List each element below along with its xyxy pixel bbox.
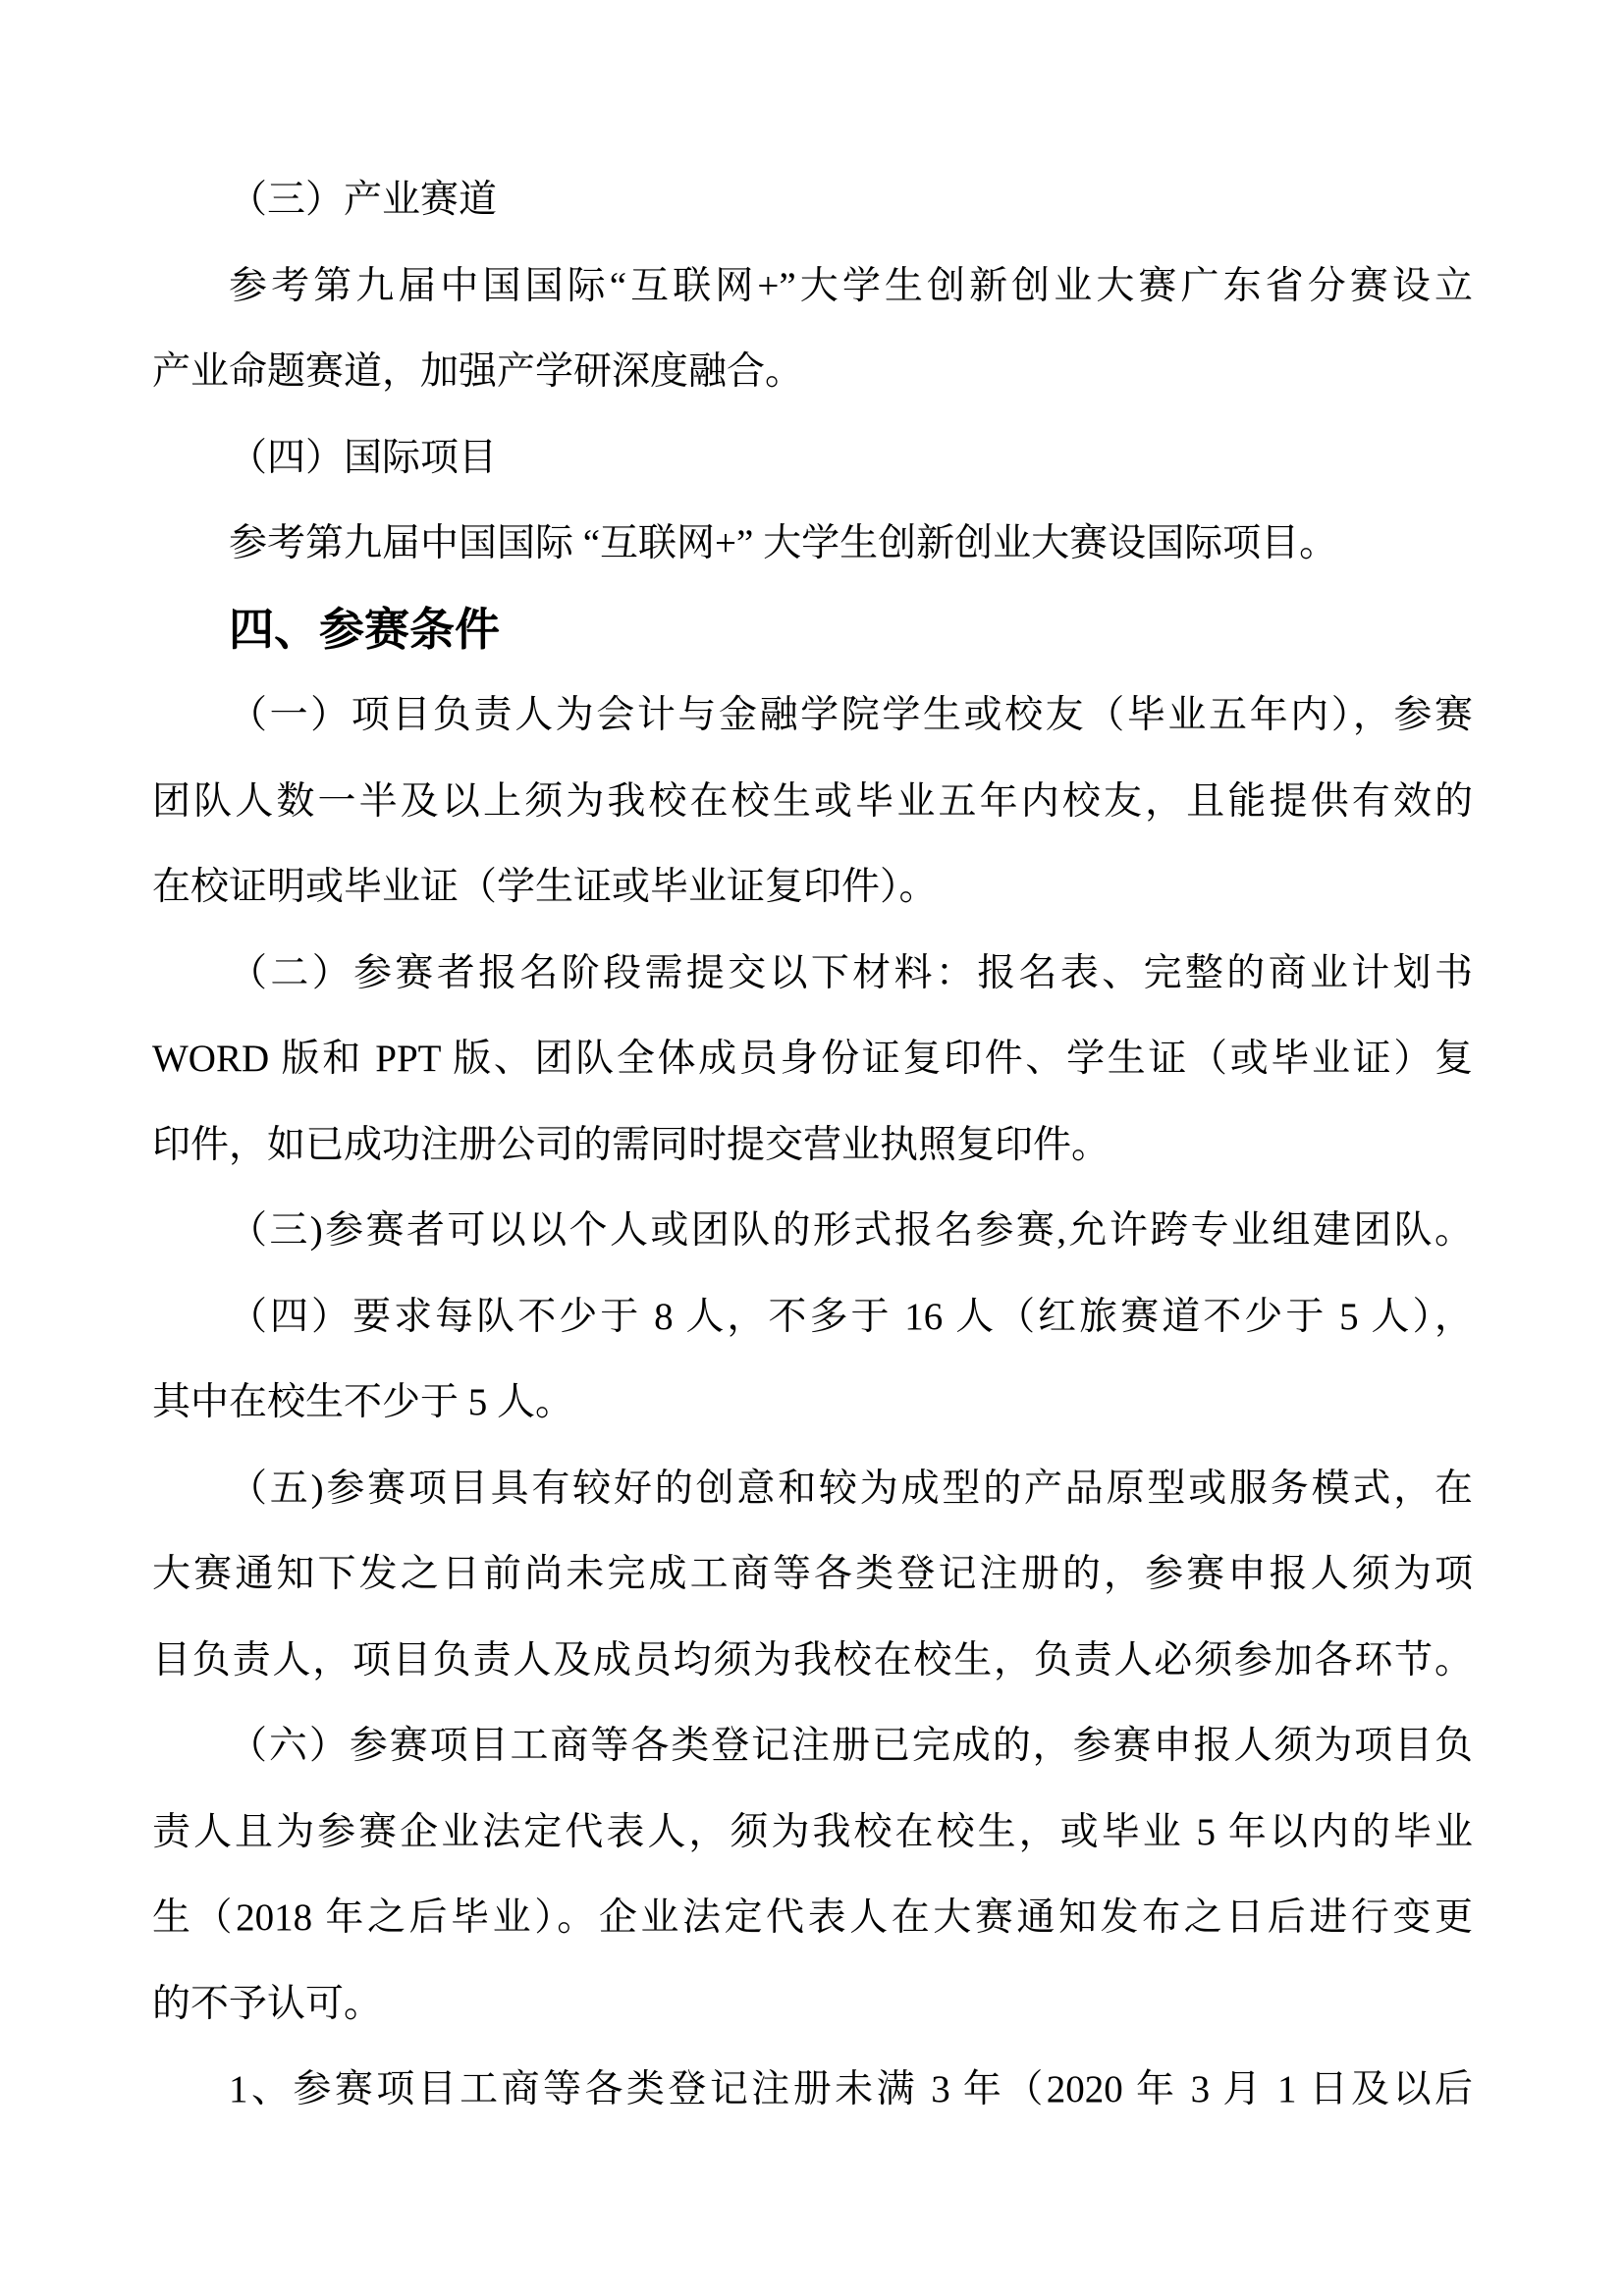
line-cond6-c: 生（2018 年之后毕业）。企业法定代表人在大赛通知发布之日后进行变更: [152, 1875, 1473, 1961]
line-cond2-b: WORD 版和 PPT 版、团队全体成员身份证复印件、学生证（或毕业证）复: [152, 1016, 1473, 1102]
line-cond2-c: 印件，如已成功注册公司的需同时提交营业执照复印件。: [152, 1102, 1473, 1189]
line-cond6-b: 责人且为参赛企业法定代表人，须为我校在校生，或毕业 5 年以内的毕业: [152, 1789, 1473, 1876]
line-cond5-b: 大赛通知下发之日前尚未完成工商等各类登记注册的，参赛申报人须为项: [152, 1531, 1473, 1618]
line-sub3-industry-track-title: （三）产业赛道: [152, 157, 1473, 243]
line-cond4-b: 其中在校生不少于 5 人。: [152, 1360, 1473, 1446]
line-international-p1: 参考第九届中国国际 “互联网+” 大学生创新创业大赛设国际项目。: [152, 501, 1473, 587]
line-cond1-a: （一）项目负责人为会计与金融学院学生或校友（毕业五年内），参赛: [152, 672, 1473, 759]
line-cond5-a: （五)参赛项目具有较好的创意和较为成型的产品原型或服务模式，在: [152, 1446, 1473, 1532]
line-cond6-d: 的不予认可。: [152, 1961, 1473, 2048]
document-page: （三）产业赛道 参考第九届中国国际“互联网+”大学生创新创业大赛广东省分赛设立 …: [0, 0, 1624, 2296]
line-cond5-c: 目负责人，项目负责人及成员均须为我校在校生，负责人必须参加各环节。: [152, 1618, 1473, 1704]
line-cond1-b: 团队人数一半及以上须为我校在校生或毕业五年内校友，且能提供有效的: [152, 759, 1473, 845]
line-cond2-a: （二）参赛者报名阶段需提交以下材料：报名表、完整的商业计划书: [152, 931, 1473, 1017]
line-cond4-a: （四）要求每队不少于 8 人，不多于 16 人（红旅赛道不少于 5 人），: [152, 1274, 1473, 1361]
line-industry-track-p2: 产业命题赛道，加强产学研深度融合。: [152, 329, 1473, 415]
line-cond1-c: 在校证明或毕业证（学生证或毕业证复印件）。: [152, 844, 1473, 931]
line-industry-track-p1: 参考第九届中国国际“互联网+”大学生创新创业大赛广东省分赛设立: [152, 243, 1473, 330]
line-sub4-international-title: （四）国际项目: [152, 415, 1473, 502]
line-cond3: （三)参赛者可以以个人或团队的形式报名参赛,允许跨专业组建团队。: [152, 1188, 1473, 1274]
heading-section4-entry-conditions: 四、参赛条件: [152, 587, 1473, 673]
line-cond6-item1: 1、参赛项目工商等各类登记注册未满 3 年（2020 年 3 月 1 日及以后: [152, 2047, 1473, 2133]
line-cond6-a: （六）参赛项目工商等各类登记注册已完成的，参赛申报人须为项目负: [152, 1703, 1473, 1789]
